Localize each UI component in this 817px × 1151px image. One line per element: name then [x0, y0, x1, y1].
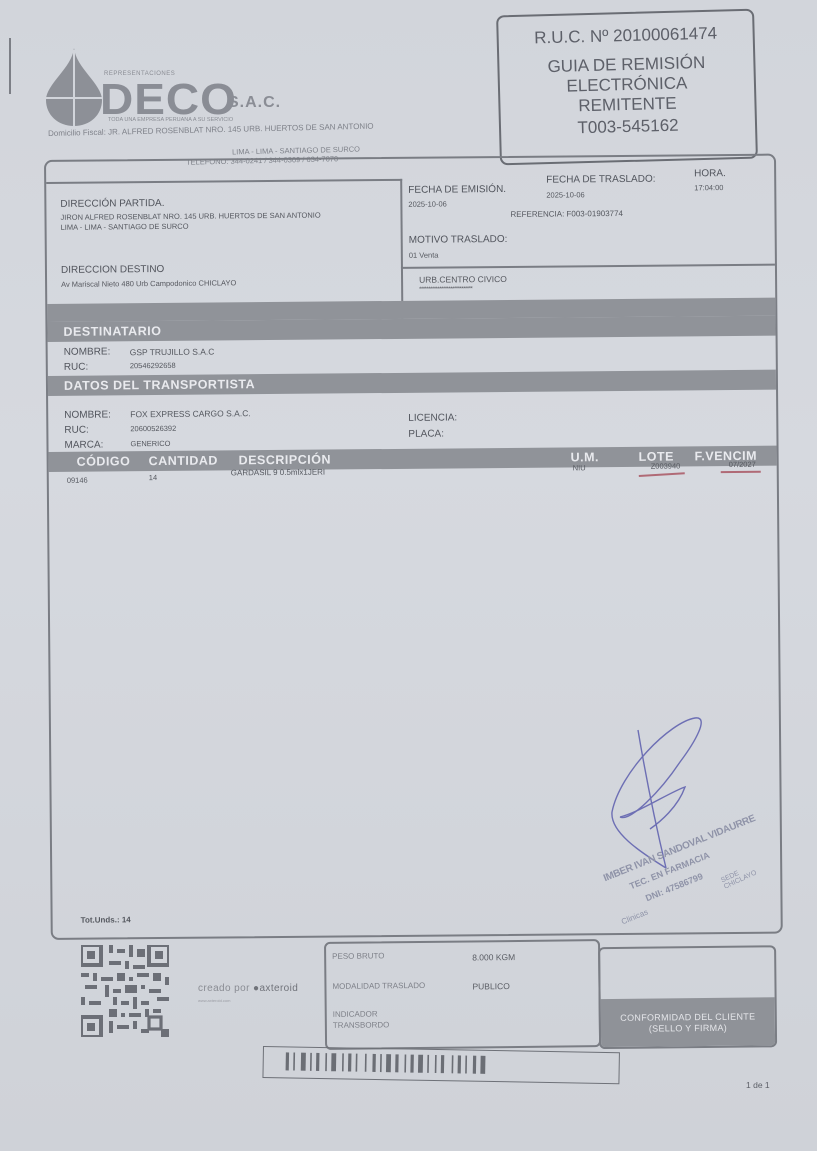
hora-value: 17:04:00: [694, 183, 723, 192]
document-id-box: R.U.C. Nº 20100061474 GUIA DE REMISIÓN E…: [496, 9, 758, 166]
item-lote: Z003940: [651, 461, 681, 470]
modalidad-value: PUBLICO: [472, 981, 509, 991]
motivo-label: MOTIVO TRASLADO:: [409, 234, 508, 246]
traslado-value: 2025-10-06: [546, 190, 584, 199]
scan-mark: [9, 38, 11, 94]
barcode-icon: [262, 1046, 620, 1084]
item-um: NIU: [573, 463, 586, 472]
transbordo-label: TRANSBORDO: [333, 1020, 390, 1030]
emision-label: FECHA DE EMISIÓN.: [408, 184, 506, 196]
underline-mark: [639, 472, 685, 476]
brand-url: www.axteroid.com: [198, 998, 230, 1003]
peso-value: 8.000 KGM: [472, 952, 515, 962]
company-tagline: TODA UNA EMPRESA PERUANA A SU SERVICIO: [108, 117, 233, 123]
referencia: REFERENCIA: F003-01903774: [510, 209, 623, 219]
creado-por-text: creado por: [198, 983, 250, 994]
conformity-label: CONFORMIDAD DEL CLIENTE (SELLO Y FIRMA): [601, 997, 775, 1047]
hora-label: HORA.: [694, 168, 726, 179]
trans-ruc-value: 20600526392: [130, 424, 176, 433]
shipment-summary: PESO BRUTO 8.000 KGM MODALIDAD TRASLADO …: [324, 937, 775, 1052]
col-cantidad: CANTIDAD: [149, 453, 218, 468]
transportista-title: DATOS DEL TRANSPORTISTA: [64, 377, 255, 393]
item-cantidad: 14: [149, 473, 157, 482]
item-vencim: 07/2027: [729, 460, 756, 469]
generator-credit: creado por ●axteroid: [198, 983, 298, 994]
signature: [600, 712, 710, 872]
modalidad-label: MODALIDAD TRASLADO: [332, 981, 425, 991]
motivo-value: 01 Venta: [409, 251, 439, 260]
shipment-details: PESO BRUTO 8.000 KGM MODALIDAD TRASLADO …: [324, 939, 601, 1050]
document-number: T003-545162: [501, 114, 755, 141]
dest-ruc-value: 20546292658: [130, 361, 176, 370]
partida-line1: JIRON ALFRED ROSENBLAT NRO. 145 URB. HUE…: [60, 211, 320, 222]
company-suffix: S.A.C.: [228, 94, 281, 112]
placa-label: PLACA:: [408, 429, 444, 440]
destino-label: DIRECCION DESTINO: [61, 264, 164, 276]
col-descripcion: DESCRIPCIÓN: [239, 453, 331, 468]
underline-mark: [721, 471, 761, 473]
trans-nombre-label: NOMBRE:: [64, 409, 111, 420]
destino-value: Av Mariscal Nieto 480 Urb Campodonico CH…: [61, 278, 236, 289]
conformity-line1: CONFORMIDAD DEL CLIENTE: [601, 1011, 775, 1024]
qr-code-icon: [81, 945, 169, 1037]
drop-logo-icon: [46, 48, 102, 126]
trans-marca-label: MARCA:: [64, 439, 103, 450]
trans-marca-value: GENERICO: [130, 439, 170, 448]
traslado-label: FECHA DE TRASLADO:: [546, 174, 655, 186]
col-codigo: CÓDIGO: [77, 454, 131, 468]
trans-nombre-value: FOX EXPRESS CARGO S.A.C.: [130, 408, 251, 419]
client-conformity-box: CONFORMIDAD DEL CLIENTE (SELLO Y FIRMA): [598, 945, 777, 1049]
dest-ruc-label: RUC:: [64, 362, 89, 373]
urb-label: URB.CENTRO CIVICO: [419, 274, 507, 285]
dest-nombre-label: NOMBRE:: [64, 346, 111, 357]
destinatario-title: DESTINATARIO: [63, 324, 161, 339]
col-um: U.M.: [571, 450, 600, 464]
licencia-label: LICENCIA:: [408, 412, 457, 423]
item-codigo: 09146: [67, 476, 88, 485]
transportista-header: DATOS DEL TRANSPORTISTA: [48, 370, 776, 396]
brand-name: axteroid: [259, 983, 298, 994]
conformity-line2: (SELLO Y FIRMA): [601, 1022, 775, 1035]
peso-label: PESO BRUTO: [332, 951, 384, 961]
dest-nombre-value: GSP TRUJILLO S.A.C: [130, 347, 215, 358]
item-descripcion: GARDASIL 9 0.5mlx1JERI: [231, 468, 325, 478]
divider: [400, 179, 403, 319]
divider: [401, 264, 775, 269]
trans-ruc-label: RUC:: [64, 425, 89, 436]
partida-label: DIRECCIÓN PARTIDA.: [60, 198, 164, 210]
emision-value: 2025-10-06: [408, 199, 446, 208]
partida-line2: LIMA - LIMA - SANTIAGO DE SURCO: [61, 222, 189, 232]
divider: [46, 179, 402, 184]
page-number: 1 de 1: [746, 1080, 770, 1090]
indicador-label: INDICADOR: [333, 1009, 378, 1018]
total-units: Tot.Unds.: 14: [81, 915, 131, 924]
urb-dots: *****************************: [419, 286, 472, 292]
ruc-number: R.U.C. Nº 20100061474: [498, 23, 752, 50]
